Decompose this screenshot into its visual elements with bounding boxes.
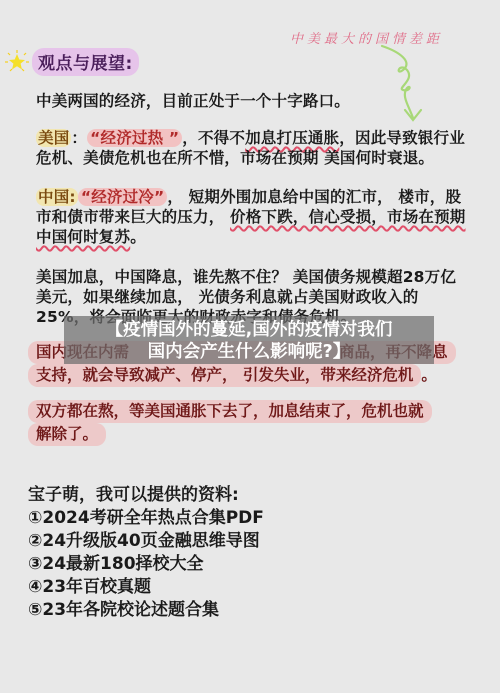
pink-line-2: 支持，就会导致减产、停产， 引发失业，带来经济危机 [28,364,421,387]
china-paragraph: 中国:“经济过冷”， 短期外围加息给中国的汇市， 楼市，股市和债市带来巨大的压力… [36,187,466,247]
resources-list: 宝子萌，我可以提供的资料: ①2024考研全年热点合集PDF ②24升级版40页… [28,484,264,622]
resource-item: ①2024考研全年热点合集PDF [28,507,264,530]
china-quote: “经济过冷” [78,188,168,206]
section-title: 观点与展望: [32,48,139,76]
resource-item: ③24最新180择校大全 [28,553,264,576]
intro-text: 中美两国的经济，目前正处于一个十字路口。 [36,91,466,111]
document-page: 观点与展望: 中美最大的国情差距 中美两国的经济，目前正处于一个十字路口。 美国… [0,0,500,693]
us-colon: ： [71,129,87,147]
resource-item: ②24升级版40页金融思维导图 [28,530,264,553]
pink-line-4: 解除了。 [28,423,106,446]
china-label: 中国: [36,188,78,206]
us-quote: “经济过热 ” [87,129,182,147]
pink-line-3: 双方都在熬，等美国通胀下去了，加息结束了，危机也就 [28,400,432,423]
us-wavy-text: 加息打压通胀 [245,129,339,147]
curly-arrow-icon [375,44,425,124]
china-text-2: 。 [130,228,146,246]
star-icon [4,49,30,75]
overlay-title-line-2: 国内会产生什么影响呢?】 [64,341,434,363]
us-text-1: ，不得不 [182,129,245,147]
overlay-title-line-1: 【疫情国外的蔓延,国外的疫情对我们 [64,319,434,341]
resources-heading: 宝子萌，我可以提供的资料: [28,484,264,507]
pink-line-2-end: 。 [421,366,437,384]
pink-highlight-block-2: 双方都在熬，等美国通胀下去了，加息结束了，危机也就 解除了。 [28,400,473,446]
resource-item: ⑤23年各院校论述题合集 [28,599,264,622]
us-paragraph: 美国：“经济过热 ”，不得不加息打压通胀，因此导致银行业危机、美债危机也在所不惜… [36,128,466,168]
resource-item: ④23年百校真题 [28,576,264,599]
us-label: 美国 [36,129,71,147]
section-header: 观点与展望: [4,48,139,76]
overlay-title-banner: 【疫情国外的蔓延,国外的疫情对我们 国内会产生什么影响呢?】 [64,316,434,364]
